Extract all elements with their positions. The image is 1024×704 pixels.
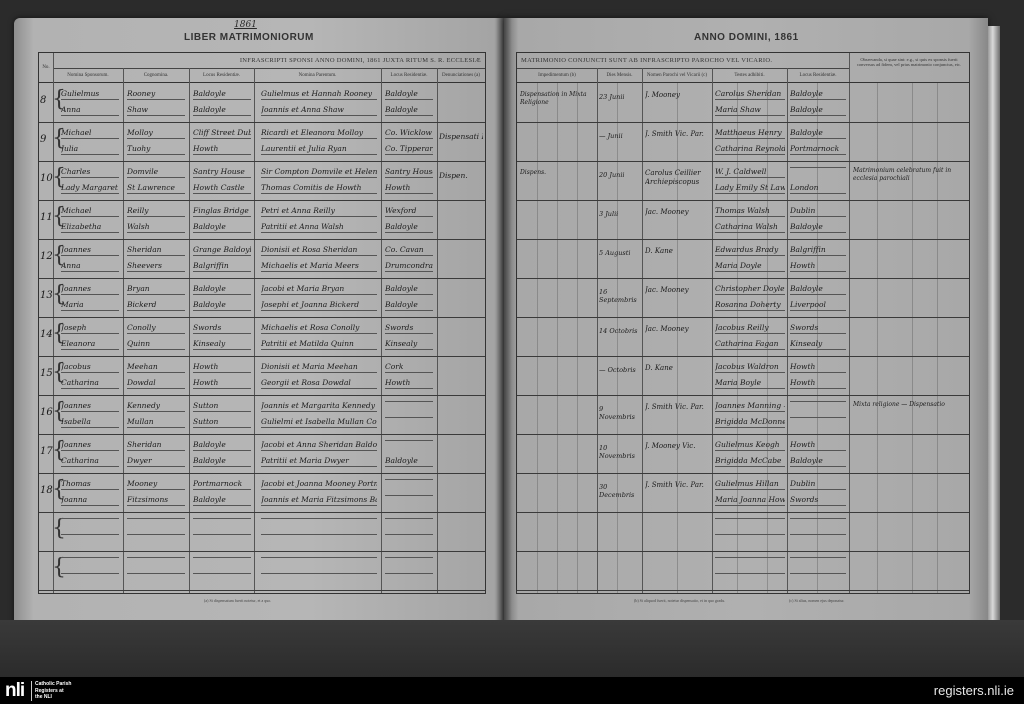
marriages-table-right: MATRIMONIO CONJUNCTI SUNT AB INFRASCRIPT… [516,52,970,594]
residence: Baldoyle [193,284,251,295]
parents-names [261,573,377,574]
observations-header: Observanda, si quae sint: e.g., si quis … [853,57,965,67]
residence [193,557,251,558]
witness-name: Rosanna Doherty [715,300,785,311]
surname [127,534,185,535]
witness-residence: Baldoyle [790,105,846,116]
marriages-table-left: INFRASCRIPTI SPONSI ANNO DOMINI, 1861 JU… [38,52,486,594]
witness-residence [790,573,846,574]
surname: Dwyer [127,456,185,467]
given-name: Lady Margaret [61,183,119,194]
given-name: Elizabetha [61,222,119,233]
footnote-c: (c) Si alius, nomen ejus deponatur. [789,598,844,603]
residence: Baldoyle [193,105,251,116]
table-row: Dispens.20 JuniiCarolus Ceillier Archiep… [517,161,969,201]
book-spine [496,18,512,636]
witness-name: Carolus Sheridan [715,89,785,100]
residence: Baldoyle [193,495,251,506]
parents-names: Patritii et Anna Walsh [261,222,377,233]
residence [193,518,251,519]
witness-residence: Howth [790,378,846,389]
page-edges [988,26,1000,630]
parents-names: Thomas Comitis de Howth [261,183,377,194]
witness-residence: Swords [790,323,846,334]
witness-residence: Baldoyle [790,456,846,467]
given-name: Maria [61,300,119,311]
page-title: LIBER MATRIMONIORUM [184,32,314,43]
witness-residence: Baldoyle [790,222,846,233]
surname: Sheridan [127,245,185,256]
logo-caption: Catholic Parish Registers at the NLI [35,681,71,701]
witness-residence: Baldoyle [790,89,846,100]
witness-name: Brigidda McDonnell — Dublin [715,417,785,428]
parents-names: Joannis et Margarita Kennedy Sutton [261,401,377,412]
table-row: 13{JoannesBryanBaldoyleJacobi et Maria B… [39,278,485,318]
table-row: 14{JosephConollySwordsMichaelis et Rosa … [39,317,485,357]
given-name [61,518,119,519]
parents-residence: Swords [385,323,433,334]
marriage-date: 23 Junii [599,93,641,101]
marriage-date: 10 Novembris [599,444,641,460]
parents-residence [385,495,433,496]
banns-note: Dispensati Banns [439,132,483,142]
right-page: ANNO DOMINI, 1861 MATRIMONIO CONJUNCTI S… [504,18,988,636]
logo-caption-line: the NLI [35,694,71,701]
entry-number: 18 [40,485,52,496]
witness-name: Maria Doyle [715,261,785,272]
table-row: 18{ThomasMooneyPortmarnockJacobi et Joan… [39,473,485,513]
entry-number: 16 [40,407,52,418]
parents-names: Patritii et Matilda Quinn [261,339,377,350]
marriage-date: 3 Julii [599,210,641,218]
marriage-date: 30 Decembris [599,483,641,499]
parents-residence: Baldoyle [385,456,433,467]
residence: Balgriffin [193,261,251,272]
witness-residence: Baldoyle [790,284,846,295]
residence: Sutton [193,401,251,412]
parents-names: Georgii et Rosa Dowdal [261,378,377,389]
parents-names: Gulielmus et Hannah Rooney [261,89,377,100]
residence: Baldoyle [193,222,251,233]
parents-names [261,534,377,535]
residence: Baldoyle [193,440,251,451]
officiating-priest: J. Mooney Vic. [645,442,711,451]
surname: Quinn [127,339,185,350]
parents-names: Patritii et Maria Dwyer [261,456,377,467]
given-name [61,534,119,535]
witness-residence: Baldoyle [790,128,846,139]
residence: Cliff Street Dublin [193,128,251,139]
witness-name: Thomas Walsh [715,206,785,217]
surname: Dowdal [127,378,185,389]
residence: Baldoyle [193,89,251,100]
residence [193,534,251,535]
given-name: Catharina [61,456,119,467]
residence: Finglas Bridge [193,206,251,217]
entry-number: 12 [40,251,52,262]
marriage-date: — Octobris [599,366,641,374]
parents-residence: Baldoyle [385,300,433,311]
parents-names: Joannis et Maria Fitzsimons Baldoyle [261,495,377,506]
residence: Kinsealy [193,339,251,350]
witness-name [715,557,785,558]
residence: Howth [193,378,251,389]
witness-residence: Dublin [790,206,846,217]
parents-names [261,518,377,519]
table-row: Dispensation in Mixta Religione23 JuniiJ… [517,83,969,123]
left-page: 1861 LIBER MATRIMONIORUM INFRASCRIPTI SP… [14,18,504,636]
register-book-spread: 1861 LIBER MATRIMONIORUM INFRASCRIPTI SP… [10,18,1002,638]
witness-name: Gulielmus Keogh [715,440,785,451]
table-row: 12{JoannesSheridanGrange BaldoyleDionisi… [39,239,485,279]
parents-names: Ricardi et Eleanora Molloy [261,128,377,139]
parents-residence [385,401,433,402]
table-row: 16{JoannesKennedySuttonJoannis et Margar… [39,395,485,435]
parents-names: Jacobi et Maria Bryan [261,284,377,295]
surname: Fitzsimons [127,495,185,506]
col-no-header: No. [39,53,53,83]
witness-name: Catharina Reynolds [715,144,785,155]
surname: Reilly [127,206,185,217]
parents-residence: Baldoyle [385,89,433,100]
entry-number: 15 [40,368,52,379]
marriage-date: 20 Junii [599,171,641,179]
surname: Bryan [127,284,185,295]
parents-names: Josephi et Joanna Bickerd [261,300,377,311]
marriage-date: 9 Novembris [599,405,641,421]
surname: Meehan [127,362,185,373]
entry-number: 9 [40,134,52,145]
residence: Grange Baldoyle [193,245,251,256]
witness-residence: Portmarnock [790,144,846,155]
impediment-note: Dispensation in Mixta Religione [520,91,596,107]
surname: Kennedy [127,401,185,412]
parents-residence [385,417,433,418]
given-name: Julia [61,144,119,155]
parents-residence: Wexford [385,206,433,217]
parents-residence: Baldoyle [385,222,433,233]
surname: Tuohy [127,144,185,155]
parents-residence: Howth [385,183,433,194]
given-name: Charles [61,167,119,178]
parents-residence: Howth [385,378,433,389]
given-name: Joanna [61,495,119,506]
col-parents-header: Nomina Parentum. [254,68,381,83]
parents-names: Gulielmi et Isabella Mullan Co. Monaghan [261,417,377,428]
surname: Bickerd [127,300,185,311]
parents-names: Jacobi et Anna Sheridan Baldoyle [261,440,377,451]
given-name [61,573,119,574]
witness-name: Maria Shaw [715,105,785,116]
entry-number: 13 [40,290,52,301]
witness-name: Jacobus Waldron [715,362,785,373]
witness-residence [790,557,846,558]
band-header: MATRIMONIO CONJUNCTI SUNT AB INFRASCRIPT… [517,53,849,69]
entry-number: 17 [40,446,52,457]
table-row: 9 NovembrisJ. Smith Vic. Par.Joannes Man… [517,395,969,435]
witness-name: Brigidda McCabe [715,456,785,467]
parents-residence [385,557,433,558]
officiating-priest: J. Smith Vic. Par. [645,481,711,490]
residence: Baldoyle [193,456,251,467]
table-row [517,551,969,591]
band-header: INFRASCRIPTI SPONSI ANNO DOMINI, 1861 JU… [53,53,485,69]
witness-name: Christopher Doyle [715,284,785,295]
parents-residence: Co. Wicklow [385,128,433,139]
residence: Howth [193,362,251,373]
parents-names: Joannis et Anna Shaw [261,105,377,116]
parents-residence: Baldoyle [385,105,433,116]
nli-logo[interactable]: nli [5,681,24,701]
parents-residence: Co. Cavan [385,245,433,256]
officiating-priest: Jac. Mooney [645,208,711,217]
given-name: Michael [61,206,119,217]
witness-name: Lady Emily St Lawrence [715,183,785,194]
parents-names: Petri et Anna Reilly [261,206,377,217]
col-given-names-header: Nomina Sponsorum. [53,68,123,83]
surname: St Lawrence [127,183,185,194]
officiating-priest: D. Kane [645,364,711,373]
witness-residence [790,401,846,402]
residence: Portmarnock [193,479,251,490]
marriage-date: — Junii [599,132,641,140]
residence: Swords [193,323,251,334]
witness-residence [790,518,846,519]
col-witnesses-header: Testes adhibiti. [712,68,787,83]
parents-residence: Kinsealy [385,339,433,350]
witness-name: Jacobus Reilly [715,323,785,334]
witness-name [715,573,785,574]
col-surnames-header: Cognomina. [123,68,189,83]
surname: Sheridan [127,440,185,451]
witness-name: Maria Joanna Howard [715,495,785,506]
surname: Domvile [127,167,185,178]
parents-residence: Santry House [385,167,433,178]
witness-name: W. J. Caldwell [715,167,785,178]
surname: Mooney [127,479,185,490]
officiating-priest: Jac. Mooney [645,325,711,334]
given-name: Joseph [61,323,119,334]
surname: Sheevers [127,261,185,272]
witness-residence [790,534,846,535]
witness-residence [790,417,846,418]
witness-residence: Kinsealy [790,339,846,350]
marriage-date: 14 Octobris [599,327,641,335]
witness-residence: Liverpool [790,300,846,311]
image-viewer[interactable]: 1861 LIBER MATRIMONIORUM INFRASCRIPTI SP… [0,0,1024,677]
table-row: 3 JuliiJac. MooneyThomas WalshDublinCath… [517,200,969,240]
parents-residence: Baldoyle [385,284,433,295]
surname [127,518,185,519]
col-priest-header: Nomen Parochi vel Vicarii (c) [642,68,712,83]
witness-residence: Howth [790,440,846,451]
witness-residence: Swords [790,495,846,506]
table-row [517,512,969,552]
witness-name: Edwardus Brady [715,245,785,256]
parents-names: Dionisii et Rosa Sheridan [261,245,377,256]
brace-mark: { [52,518,66,540]
col-banns-header: Denunciationes (a) [437,68,485,83]
surname: Rooney [127,89,185,100]
witness-residence: Dublin [790,479,846,490]
witness-residence [790,167,846,168]
col-residence-header: Locus Residentiæ. [189,68,254,83]
page-title: ANNO DOMINI, 1861 [694,32,799,43]
year-mark: 1861 [234,20,257,30]
residence: Howth Castle [193,183,251,194]
given-name: Joannes [61,245,119,256]
parents-names: Michaelis et Maria Meers [261,261,377,272]
surname: Mullan [127,417,185,428]
banns-note: Dispen. [439,171,483,181]
given-name: Catharina [61,378,119,389]
footer-bar [0,677,1024,704]
officiating-priest: Carolus Ceillier Archiepiscopus [645,169,711,187]
officiating-priest: J. Mooney [645,91,711,100]
officiating-priest: Jac. Mooney [645,286,711,295]
residence: Santry House [193,167,251,178]
entry-number: 10 [40,173,52,184]
witness-name: Gulielmus Hillan [715,479,785,490]
table-row: 9{MichaelMolloyCliff Street DublinRicard… [39,122,485,162]
footnote-b: (b) Si aliquod fuerit, notetur dispensat… [634,598,725,603]
residence [193,573,251,574]
witness-name: Maria Boyle [715,378,785,389]
table-row: 15{JacobusMeehanHowthDionisii et Maria M… [39,356,485,396]
parents-residence [385,534,433,535]
parents-residence [385,573,433,574]
parents-names: Michaelis et Rosa Conolly [261,323,377,334]
witness-residence: Howth [790,362,846,373]
given-name: Gulielmus [61,89,119,100]
col-date-header: Dies Mensis. [597,68,642,83]
surname [127,557,185,558]
residence: Howth [193,144,251,155]
marriage-date: 16 Septembris [599,288,641,304]
officiating-priest: J. Smith Vic. Par. [645,130,711,139]
parents-names: Laurentii et Julia Ryan [261,144,377,155]
witness-name: Catharina Fagan [715,339,785,350]
entry-number: 11 [40,212,52,223]
entry-number: 14 [40,329,52,340]
given-name: Jacobus [61,362,119,373]
table-row: 8{GulielmusRooneyBaldoyleGulielmus et Ha… [39,83,485,123]
observations-note: Mixta religione — Dispensatio [853,401,965,409]
surname: Molloy [127,128,185,139]
given-name: Isabella [61,417,119,428]
logo-caption-line: Catholic Parish [35,681,71,688]
marriage-date: 5 Augusti [599,249,641,257]
given-name [61,557,119,558]
scan-background [0,620,1024,677]
witness-name [715,518,785,519]
brace-mark: { [52,557,66,579]
col-impediment-header: Impedimentum (b) [517,68,597,83]
witness-residence: Howth [790,261,846,272]
given-name: Anna [61,261,119,272]
table-row: { [39,551,485,591]
surname: Walsh [127,222,185,233]
parents-names: Dionisii et Maria Meehan [261,362,377,373]
table-row: 17{JoannesSheridanBaldoyleJacobi et Anna… [39,434,485,474]
table-row: 14 OctobrisJac. MooneyJacobus ReillySwor… [517,317,969,357]
witness-name [715,534,785,535]
witness-residence: London [790,183,846,194]
parents-residence [385,518,433,519]
table-row: { [39,512,485,552]
table-row: 10{CharlesDomvileSantry HouseSir Compton… [39,161,485,201]
table-row: 30 DecembrisJ. Smith Vic. Par.Gulielmus … [517,473,969,513]
given-name: Eleanora [61,339,119,350]
logo-divider [31,681,32,701]
parents-residence: Cork [385,362,433,373]
residence: Baldoyle [193,300,251,311]
given-name: Joannes [61,440,119,451]
site-link[interactable]: registers.nli.ie [934,683,1014,698]
impediment-note: Dispens. [520,169,596,177]
given-name: Joannes [61,284,119,295]
residence: Sutton [193,417,251,428]
surname: Conolly [127,323,185,334]
table-row: 11{MichaelReillyFinglas BridgePetri et A… [39,200,485,240]
surname: Shaw [127,105,185,116]
table-row: 16 SeptembrisJac. MooneyChristopher Doyl… [517,278,969,318]
entry-number: 8 [40,95,52,106]
given-name: Michael [61,128,119,139]
parents-residence: Drumcondra [385,261,433,272]
witness-name: Catharina Walsh [715,222,785,233]
witness-name: Matthaeus Henry [715,128,785,139]
parents-residence: Co. Tipperary [385,144,433,155]
footnote: (a) Si dispensatum fuerit notetur, et a … [204,598,271,603]
table-row: 10 NovembrisJ. Mooney Vic.Gulielmus Keog… [517,434,969,474]
col-witness-residence-header: Locus Residentiæ. [787,68,849,83]
witness-name: Joannes Manning — Dublin [715,401,785,412]
parents-names [261,557,377,558]
table-row: 5 AugustiD. KaneEdwardus BradyBalgriffin… [517,239,969,279]
given-name: Thomas [61,479,119,490]
given-name: Joannes [61,401,119,412]
parents-residence [385,479,433,480]
witness-residence: Balgriffin [790,245,846,256]
table-row: — OctobrisD. KaneJacobus WaldronHowthMar… [517,356,969,396]
surname [127,573,185,574]
officiating-priest: D. Kane [645,247,711,256]
officiating-priest: J. Smith Vic. Par. [645,403,711,412]
given-name: Anna [61,105,119,116]
parents-names: Sir Compton Domvile et Helena Domvile [261,167,377,178]
table-row: — JuniiJ. Smith Vic. Par.Matthaeus Henry… [517,122,969,162]
parents-names: Jacobi et Joanna Mooney Portmarnock [261,479,377,490]
parents-residence [385,440,433,441]
col-parents-residence-header: Locus Residentiæ. [381,68,437,83]
observations-note: Matrimonium celebratum fuit in ecclesia … [853,167,965,183]
